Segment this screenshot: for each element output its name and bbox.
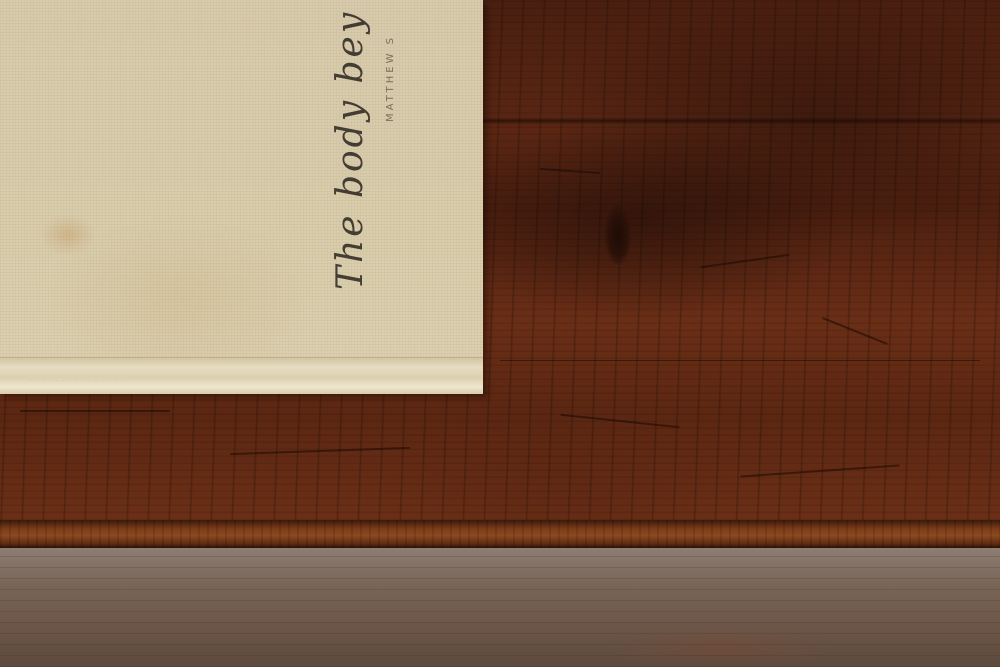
table-edge xyxy=(0,520,1000,548)
book-cover: The body bey MATTHEW S · · · · · · · · ·… xyxy=(0,0,483,393)
spine-text: · · · · · · · · · · · · · · · xyxy=(30,378,125,383)
plank-line xyxy=(500,360,980,361)
scratch-mark xyxy=(20,410,170,412)
handwritten-title: The body bey xyxy=(330,10,371,290)
printed-author: MATTHEW S xyxy=(385,35,396,122)
plank-seam xyxy=(480,118,1000,124)
book-spine xyxy=(0,357,483,394)
wood-knot xyxy=(605,205,631,265)
wooden-floor xyxy=(0,548,1000,667)
photo-scene: The body bey MATTHEW S · · · · · · · · ·… xyxy=(0,0,1000,667)
